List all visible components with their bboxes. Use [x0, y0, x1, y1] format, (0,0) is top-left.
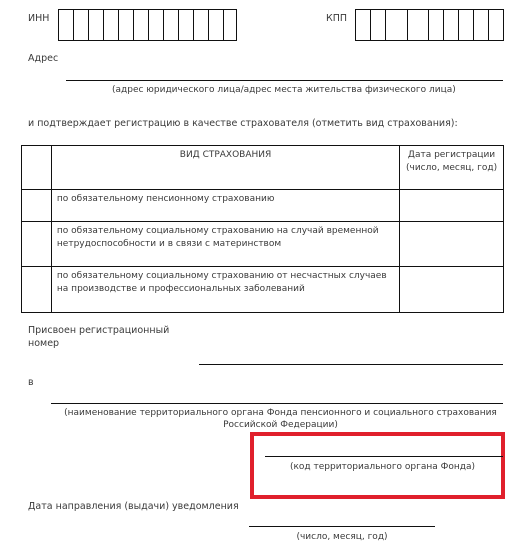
- inn-cell[interactable]: [134, 10, 149, 40]
- row-type-line2: нетрудоспособности и в связи с материнст…: [57, 238, 394, 251]
- row-checkbox-cell[interactable]: [22, 222, 52, 267]
- kpp-field[interactable]: [355, 9, 504, 41]
- date-header-cell: Дата регистрации (число, месяц, год): [400, 146, 504, 190]
- inn-cell[interactable]: [119, 10, 134, 40]
- kpp-cell[interactable]: [356, 10, 371, 40]
- inn-cell[interactable]: [179, 10, 194, 40]
- checkbox-header-cell: [22, 146, 52, 190]
- row-type-cell: по обязательному пенсионному страхованию: [51, 190, 399, 222]
- notice-date-input-line[interactable]: [249, 526, 435, 527]
- reg-number-label-line2: номер: [28, 337, 169, 350]
- organ-caption-line2: Российской Федерации): [58, 420, 503, 430]
- kpp-cell[interactable]: [386, 10, 408, 40]
- address-caption: (адрес юридического лица/адрес места жит…: [112, 85, 456, 95]
- inn-field[interactable]: [58, 9, 237, 41]
- inn-cell[interactable]: [74, 10, 89, 40]
- row-type-line1: по обязательному социальному страхованию…: [57, 225, 394, 238]
- inn-cell[interactable]: [89, 10, 104, 40]
- kpp-cell[interactable]: [489, 10, 504, 40]
- organ-label: в: [28, 377, 34, 388]
- inn-cell[interactable]: [194, 10, 209, 40]
- date-header-line2: (число, месяц, год): [402, 162, 501, 175]
- address-input-line[interactable]: [66, 80, 503, 81]
- kpp-cell[interactable]: [371, 10, 386, 40]
- row-date-cell[interactable]: [400, 222, 504, 267]
- inn-cell[interactable]: [149, 10, 164, 40]
- organ-code-caption: (код территориального органа Фонда): [260, 462, 505, 472]
- organ-code-input-line[interactable]: [265, 456, 503, 457]
- notice-date-caption: (число, месяц, год): [249, 532, 435, 542]
- row-checkbox-cell[interactable]: [22, 267, 52, 313]
- reg-number-label-line1: Присвоен регистрационный: [28, 324, 169, 337]
- row-date-cell[interactable]: [400, 267, 504, 313]
- organ-input-line[interactable]: [51, 403, 503, 404]
- type-header-cell: ВИД СТРАХОВАНИЯ: [51, 146, 399, 190]
- row-checkbox-cell[interactable]: [22, 190, 52, 222]
- table-row: по обязательному социальному страхованию…: [22, 222, 504, 267]
- date-header-line1: Дата регистрации: [402, 149, 501, 162]
- inn-cell[interactable]: [164, 10, 179, 40]
- row-type-line1: по обязательному пенсионному страхованию: [57, 193, 394, 206]
- inn-cell[interactable]: [224, 10, 237, 40]
- reg-number-label: Присвоен регистрационный номер: [28, 324, 169, 350]
- inn-cell[interactable]: [104, 10, 119, 40]
- table-row: по обязательному пенсионному страхованию: [22, 190, 504, 222]
- reg-number-input-line[interactable]: [199, 364, 503, 365]
- kpp-cell[interactable]: [408, 10, 429, 40]
- address-label: Адрес: [28, 53, 58, 64]
- organ-caption-line1: (наименование территориального органа Фо…: [58, 408, 503, 418]
- kpp-cell[interactable]: [459, 10, 474, 40]
- kpp-cell[interactable]: [429, 10, 444, 40]
- kpp-label: КПП: [326, 13, 347, 24]
- row-type-line1: по обязательному социальному страхованию…: [57, 270, 394, 283]
- table-header-row: ВИД СТРАХОВАНИЯ Дата регистрации (число,…: [22, 146, 504, 190]
- inn-cell[interactable]: [209, 10, 224, 40]
- insurance-type-table: ВИД СТРАХОВАНИЯ Дата регистрации (число,…: [21, 145, 504, 313]
- confirm-text: и подтверждает регистрацию в качестве ст…: [28, 118, 458, 129]
- table-row: по обязательному социальному страхованию…: [22, 267, 504, 313]
- kpp-cell[interactable]: [474, 10, 489, 40]
- row-date-cell[interactable]: [400, 190, 504, 222]
- row-type-line2: на производстве и профессиональных забол…: [57, 283, 394, 296]
- notice-date-label: Дата направления (выдачи) уведомления: [28, 501, 239, 512]
- row-type-cell: по обязательному социальному страхованию…: [51, 267, 399, 313]
- kpp-cell[interactable]: [444, 10, 459, 40]
- row-type-cell: по обязательному социальному страхованию…: [51, 222, 399, 267]
- inn-cell[interactable]: [59, 10, 74, 40]
- inn-label: ИНН: [28, 13, 49, 24]
